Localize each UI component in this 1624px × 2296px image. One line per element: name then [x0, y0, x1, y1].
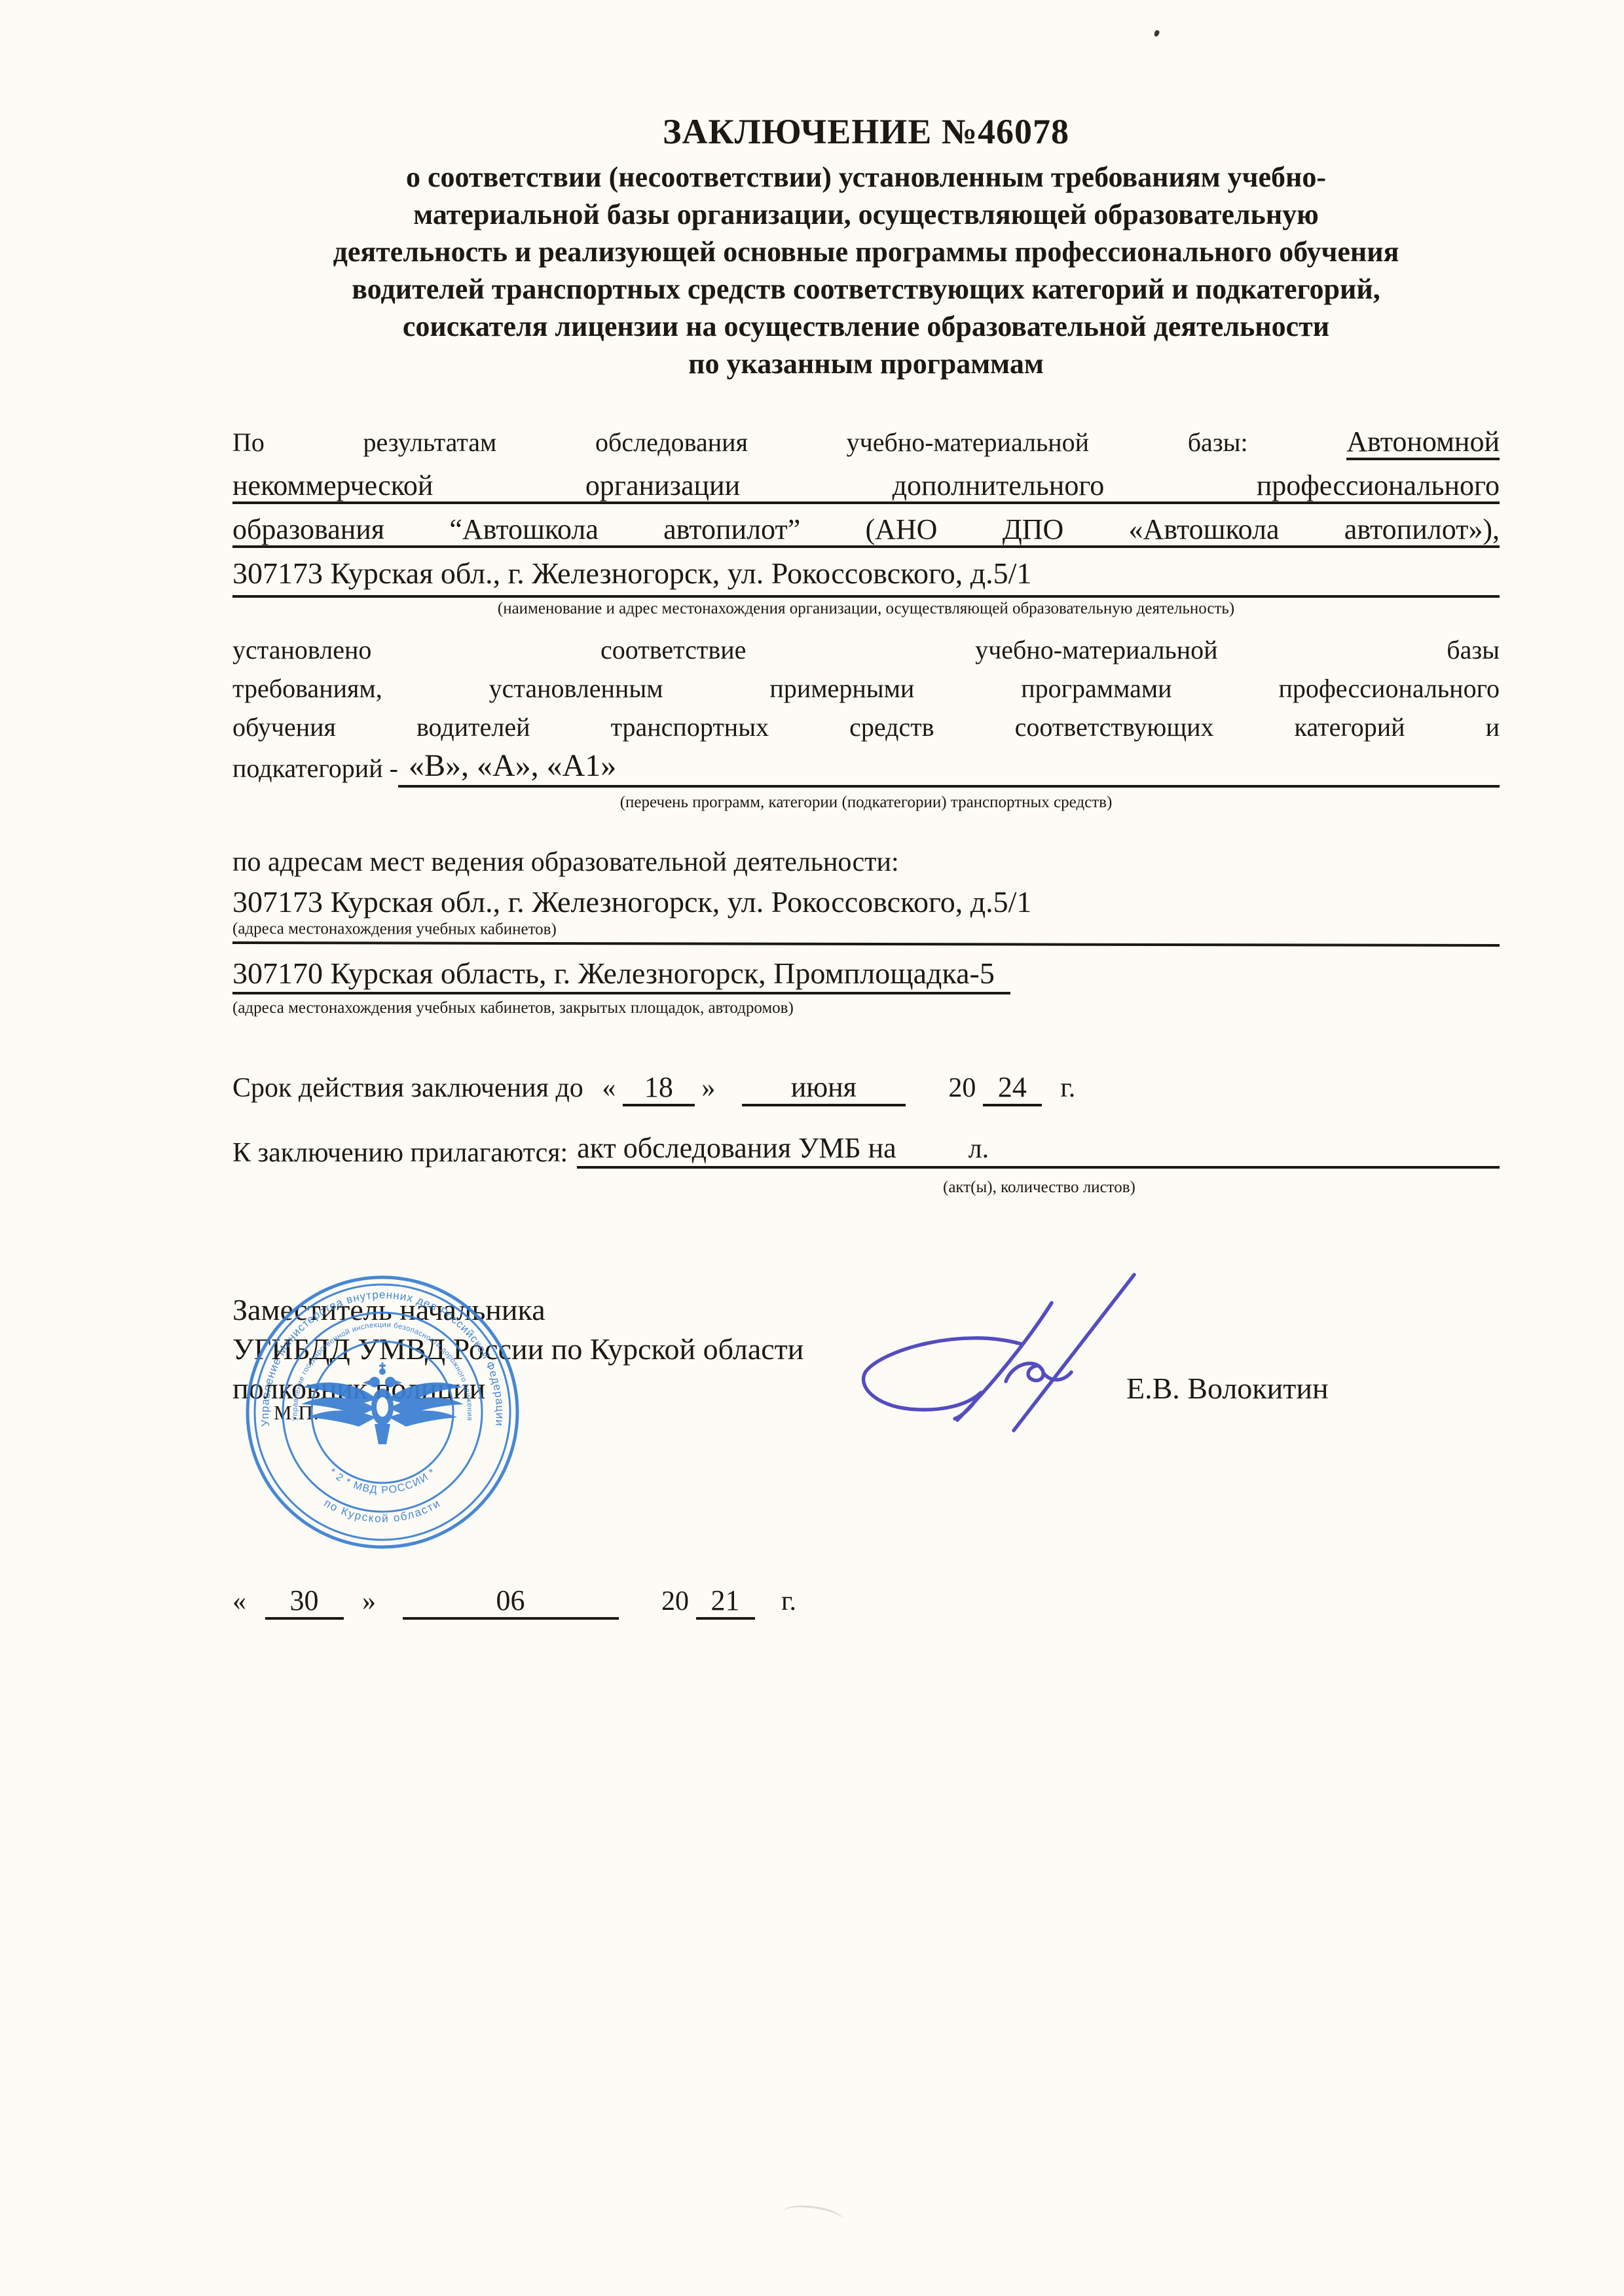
organization-name-part-3: образования “Автошкола автопилот” (АНО Д…: [232, 513, 1500, 548]
organization-field-caption: (наименование и адрес местонахождения ор…: [232, 598, 1500, 620]
compliance-line-1: установлено соответствие учебно-материал…: [232, 630, 1500, 669]
addresses-heading: по адресам мест ведения образовательной …: [232, 847, 1500, 878]
signatory-name: Е.В. Волокитин: [1126, 1369, 1329, 1408]
training-address-1: 307173 Курская обл., г. Железногорск, ул…: [232, 884, 1500, 919]
close-quote-mark: »: [362, 1586, 376, 1616]
compliance-paragraph: установлено соответствие учебно-материал…: [232, 630, 1500, 788]
issue-year-prefix: 20: [661, 1586, 689, 1616]
organization-address: 307173 Курская обл., г. Железногорск, ул…: [232, 552, 1031, 598]
acts-caption: (акт(ы), количество листов): [943, 1176, 1500, 1199]
survey-line-3: образования “Автошкола автопилот” (АНО Д…: [232, 508, 1500, 552]
programs-field-caption: (перечень программ, категории (подкатего…: [232, 792, 1500, 814]
subtitle-line: о соответствии (несоответствии) установл…: [232, 158, 1500, 196]
attachments-prefix: К заключению прилагаются:: [232, 1137, 568, 1169]
survey-line-1: По результатам обследования учебно-матер…: [232, 420, 1500, 464]
attachments-line: К заключению прилагаются: акт обследован…: [232, 1131, 1500, 1169]
training-address-2: 307170 Курская область, г. Железногорск,…: [232, 956, 1010, 994]
validity-line: Срок действия заключения до « 18 » июня …: [232, 1070, 1500, 1106]
survey-line-4: 307173 Курская обл., г. Железногорск, ул…: [232, 552, 1500, 598]
signature-long-stroke: [1014, 1275, 1134, 1430]
signature-scribble: [1006, 1364, 1043, 1381]
survey-intro: По результатам обследования учебно-матер…: [232, 428, 1248, 457]
compliance-line-4: подкатегорий - «В», «А», «А1»: [232, 746, 1500, 788]
issue-year-suffix: г.: [781, 1586, 796, 1616]
validity-year-field: 24: [983, 1070, 1042, 1106]
mvd-eagle-emblem: [301, 1362, 464, 1444]
attachments-value: акт обследования УМБ на: [577, 1131, 896, 1165]
official-round-stamp: Управление Министерства внутренних дел Р…: [244, 1273, 521, 1551]
subtitle-line: деятельность и реализующей основные прог…: [232, 233, 1500, 270]
open-quote-mark: «: [602, 1073, 616, 1103]
classrooms-caption: (адреса местонахождения учебных кабинето…: [232, 918, 1500, 947]
validity-month-field: июня: [742, 1070, 906, 1106]
open-quote-mark: «: [232, 1586, 246, 1616]
document-title: ЗАКЛЮЧЕНИЕ №46078: [232, 111, 1500, 153]
validity-prefix: Срок действия заключения до: [232, 1073, 583, 1103]
issue-day-field: 30: [265, 1584, 344, 1620]
attachments-filled-area: акт обследования УМБ на л.: [577, 1131, 1500, 1169]
handwritten-signature: [851, 1267, 1146, 1457]
issue-date-line: « 30 » 06 20 21 г.: [232, 1584, 1500, 1620]
categories-prefix: подкатегорий -: [232, 749, 398, 788]
scan-speck: [782, 2202, 844, 2230]
survey-line-2: некоммерческой организации дополнительно…: [232, 464, 1500, 508]
training-address-2-wrap: 307170 Курская область, г. Железногорск,…: [232, 956, 1500, 994]
compliance-line-2: требованиям, установленным примерными пр…: [232, 669, 1500, 708]
close-quote-mark: »: [701, 1073, 715, 1103]
compliance-line-3: обучения водителей транспортных средств …: [232, 708, 1500, 746]
validity-year-prefix: 20: [948, 1073, 976, 1103]
organization-name-part-2: некоммерческой организации дополнительно…: [232, 469, 1500, 504]
grounds-caption: (адреса местонахождения учебных кабинето…: [232, 997, 1500, 1019]
validity-year-suffix: г.: [1060, 1073, 1075, 1103]
vehicle-categories: «В», «А», «А1»: [398, 746, 638, 788]
signature-loop: [864, 1338, 1022, 1419]
subtitle-line: соискателя лицензии на осуществление обр…: [232, 308, 1500, 345]
subtitle-line: материальной базы организации, осуществл…: [232, 196, 1500, 233]
organization-name-part-1: Автономной: [1346, 426, 1500, 460]
issue-year-field: 21: [696, 1584, 755, 1620]
scanned-document-page: ЗАКЛЮЧЕНИЕ №46078 о соответствии (несоот…: [0, 0, 1624, 2296]
scan-speck: [1154, 29, 1160, 37]
document-subtitle: о соответствии (несоответствии) установл…: [232, 158, 1500, 382]
issue-month-field: 06: [403, 1584, 619, 1620]
subtitle-line: по указанным программам: [232, 345, 1500, 382]
sheets-label: л.: [969, 1133, 989, 1165]
blank-line-filler: [638, 785, 1500, 788]
survey-paragraph: По результатам обследования учебно-матер…: [232, 420, 1500, 598]
subtitle-line: водителей транспортных средств соответст…: [232, 270, 1500, 308]
validity-day-field: 18: [623, 1070, 695, 1106]
